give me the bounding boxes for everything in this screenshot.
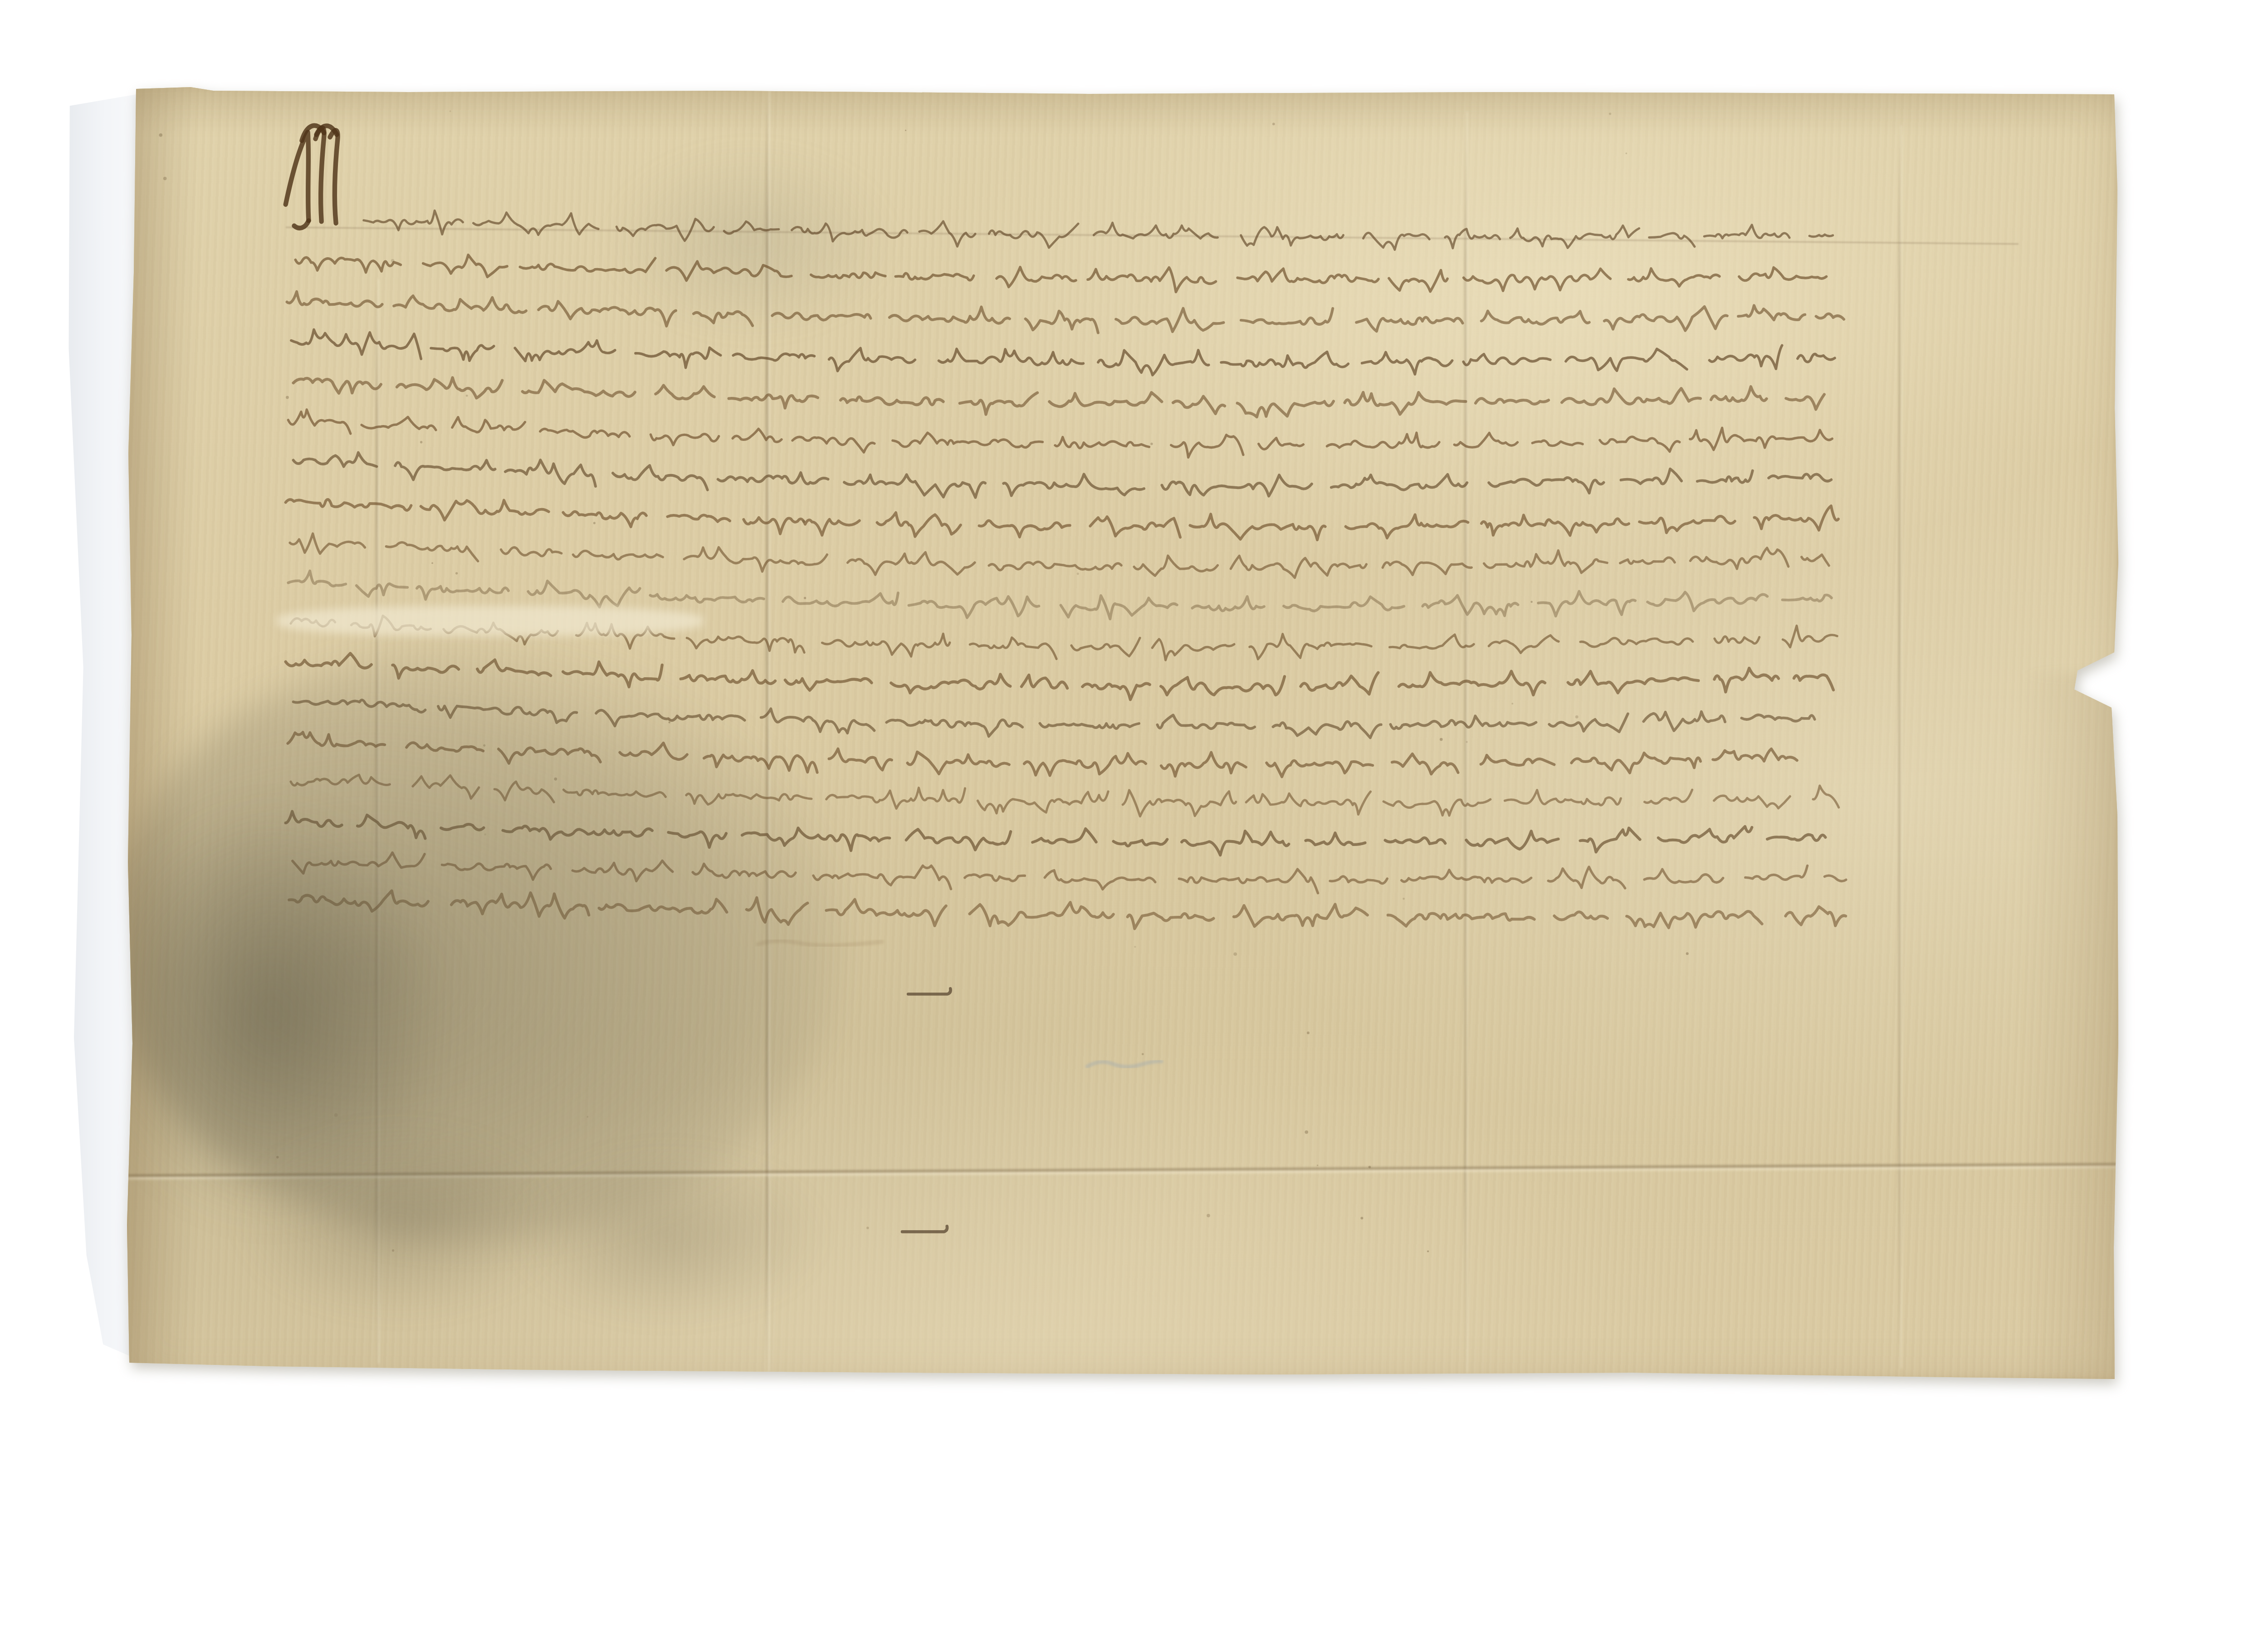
script-line-9 [290,533,1829,577]
speck [905,130,906,131]
ink-showthrough-blue [1087,1061,1162,1067]
parchment-wrapper [127,84,2119,1381]
script-line-16 [286,812,1826,855]
script-line-6 [288,410,1832,457]
speck [1077,572,1079,575]
speck [804,597,806,599]
script-line-14 [288,732,1797,777]
speck [1307,1032,1310,1034]
speck [1575,715,1579,719]
initial-letter-stroke-3 [330,130,337,223]
script-line-17 [293,852,1846,893]
script-line-13 [293,700,1815,738]
initial-letter-stroke-1 [286,132,309,220]
speck [420,441,422,443]
speck [1403,898,1405,900]
speck [1511,703,1513,704]
speck [1233,952,1237,956]
script-line-4 [291,330,1835,375]
speck [484,833,486,836]
script-line-12 [286,653,1833,699]
script-line-5 [293,377,1824,417]
speck [286,396,289,399]
speck [1305,1130,1308,1134]
parchment-document [127,84,2119,1381]
speck [1142,1053,1144,1055]
script-line-7 [293,453,1832,498]
speck [587,1116,588,1118]
speck [391,259,394,262]
speck [483,744,485,747]
script-line-1 [364,210,1833,249]
script-line-8 [286,499,1838,540]
speck [1272,122,1275,125]
script-line-18 [289,891,1846,929]
speck [1361,1217,1364,1219]
speck [431,562,433,564]
speck [276,1156,279,1158]
speck [450,110,451,112]
manuscript-text [127,84,2119,1381]
script-line-3 [287,292,1844,333]
speck [392,1249,394,1252]
speck [1427,1251,1429,1252]
initial-letter-stroke-4 [294,220,309,228]
speck [1207,1214,1210,1218]
speck [159,133,163,137]
speck [1369,1166,1371,1168]
script-line-2 [295,255,1826,292]
speck [163,177,167,181]
speck [1440,738,1443,741]
speck [1466,741,1468,743]
script-line-15 [291,775,1839,817]
slit-mark-lower [902,1226,947,1232]
scanned-photograph: BlueCyanGreenYellowRedMagentaWhite3/Colo… [0,0,2268,1643]
speck [1150,443,1153,445]
speck [1625,152,1627,154]
speck [466,395,468,397]
slit-mark-upper [908,988,950,994]
script-line-10 [288,571,1831,619]
speck [1609,112,1611,115]
speck [1530,601,1533,603]
speck [554,777,557,781]
speck [593,522,596,524]
speck [866,1227,869,1229]
ink-showthrough-brown [758,941,882,946]
speck [1317,1164,1318,1166]
speck [455,572,458,574]
speck [802,520,806,523]
initial-letter-stroke-2 [316,128,324,222]
speck [334,1113,338,1117]
script-line-11 [291,616,1837,660]
speck [1134,946,1136,948]
speck [1686,952,1689,955]
speck [669,721,670,723]
